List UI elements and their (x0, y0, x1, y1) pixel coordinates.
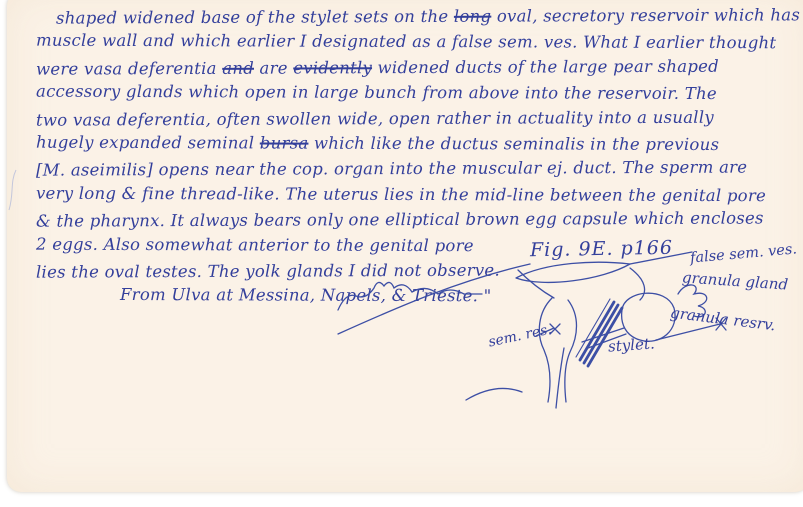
handwritten-line: very long & fine thread-like. The uterus… (36, 180, 796, 208)
handwritten-line: shaped widened base of the stylet sets o… (36, 2, 796, 31)
handwritten-line: muscle wall and which earlier I designat… (36, 28, 796, 56)
text-segment: very long & fine thread-like. The uterus… (36, 183, 766, 205)
struck-text: bursa (260, 133, 309, 152)
struck-text: long (454, 7, 491, 26)
text-segment: & the pharynx. It always bears only one … (36, 209, 764, 231)
figure-caption: Fig. 9E. p166 (530, 237, 673, 261)
text-segment: shaped widened base of the stylet sets o… (56, 7, 454, 28)
handwritten-line: accessory glands which open in large bun… (36, 79, 796, 107)
handwritten-line: were vasa deferentia and are evidently w… (36, 53, 796, 82)
text-segment: are (254, 58, 293, 77)
text-segment: muscle wall and which earlier I designat… (36, 31, 776, 53)
text-segment: two vasa deferentia, often swollen wide,… (36, 107, 714, 129)
edge-ink-smudge (6, 168, 20, 212)
handwritten-line: two vasa deferentia, often swollen wide,… (36, 104, 796, 133)
handwritten-line: & the pharynx. It always bears only one … (36, 205, 796, 234)
text-segment: oval, secretory reservoir which has a th… (491, 5, 803, 26)
text-segment: widened ducts of the large pear shaped (372, 56, 719, 77)
struck-text: evidently (293, 58, 372, 77)
label-stylet: stylet. (607, 334, 655, 355)
text-segment: were vasa deferentia (36, 59, 222, 79)
text-segment: [M. aseimilis] opens near the cop. organ… (36, 158, 747, 180)
handwritten-line: [M. aseimilis] opens near the cop. organ… (36, 155, 796, 184)
text-segment: hugely expanded seminal (36, 133, 260, 153)
handwritten-line: hugely expanded seminal bursa which like… (36, 130, 796, 158)
text-segment: accessory glands which open in large bun… (36, 82, 717, 103)
anatomical-sketch-figure: Fig. 9E. p166 false sem. ves. granula gl… (330, 236, 803, 410)
scanned-index-card: shaped widened base of the stylet sets o… (0, 0, 803, 507)
text-segment: which like the ductus seminalis in the p… (308, 134, 719, 154)
struck-text: and (222, 58, 254, 77)
